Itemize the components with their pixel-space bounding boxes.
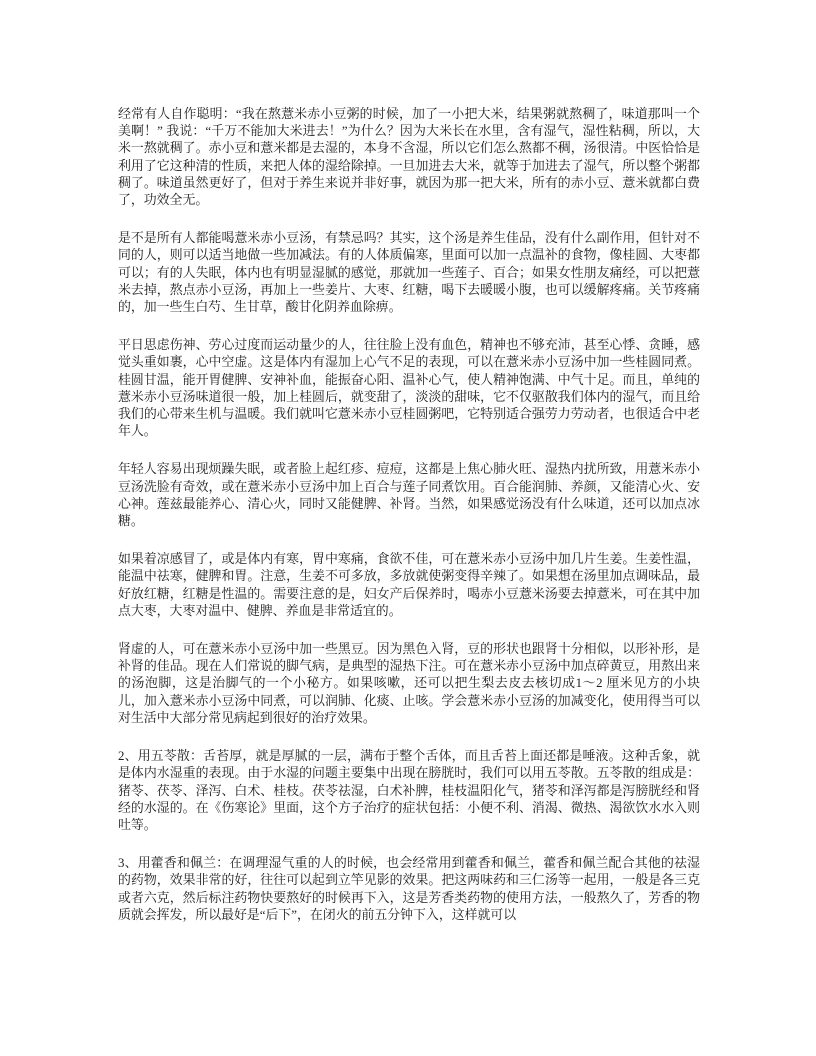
paragraph-8: 3、用藿香和佩兰：在调理湿气重的人的时候，也会经常用到藿香和佩兰，藿香和佩兰配合… xyxy=(118,855,700,924)
paragraph-2: 是不是所有人都能喝薏米赤小豆汤，有禁忌吗？其实，这个汤是养生佳品，没有什么副作用… xyxy=(118,230,700,316)
paragraph-5: 如果着凉感冒了，或是体内有寒，胃中寒痛，食欲不佳，可在薏米赤小豆汤中加几片生姜。… xyxy=(118,551,700,620)
text-content: 经常有人自作聪明：“我在熬薏米赤小豆粥的时候，加了一小把大米，结果粥就熬稠了，味… xyxy=(118,106,700,924)
document-page: 经常有人自作聪明：“我在熬薏米赤小豆粥的时候，加了一小把大米，结果粥就熬稠了，味… xyxy=(0,0,816,1056)
paragraph-7: 2、用五苓散：舌苔厚，就是厚腻的一层，满布于整个舌体，而且舌苔上面还都是唾液。这… xyxy=(118,748,700,834)
paragraph-6: 肾虚的人，可在薏米赤小豆汤中加一些黑豆。因为黑色入肾，豆的形状也跟肾十分相似，以… xyxy=(118,641,700,727)
paragraph-1: 经常有人自作聪明：“我在熬薏米赤小豆粥的时候，加了一小把大米，结果粥就熬稠了，味… xyxy=(118,106,700,209)
paragraph-3: 平日思虑伤神、劳心过度而运动量少的人，往往脸上没有血色，精神也不够充沛，甚至心悸… xyxy=(118,337,700,440)
paragraph-4: 年轻人容易出现烦躁失眠，或者脸上起红疹、痘痘，这都是上焦心肺火旺、湿热内扰所致，… xyxy=(118,461,700,530)
